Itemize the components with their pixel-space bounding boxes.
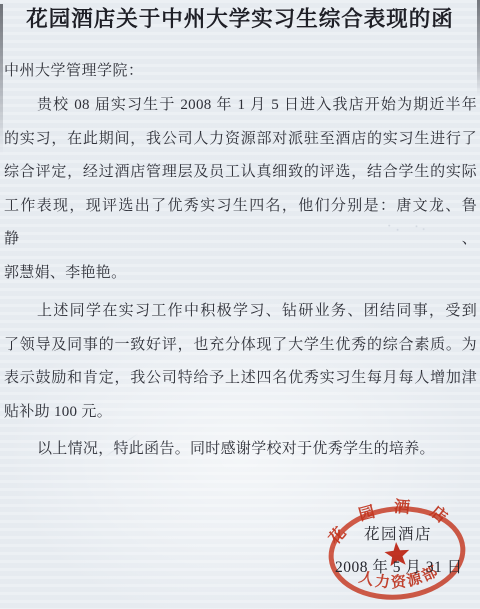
body-line: 贴补助 100 元。 — [4, 396, 477, 430]
body-line: 综合评定，经过酒店管理层及员工认真细致的评选，结合学生的实际 — [4, 156, 477, 190]
document-title: 花园酒店关于中州大学实习生综合表现的函 — [0, 4, 480, 34]
body-line: 上述同学在实习工作中积极学习、钻研业务、团结同事，受到 — [4, 295, 477, 329]
salutation: 中州大学管理学院： — [4, 53, 477, 89]
body-line: 以上情况，特此函告。同时感谢学校对于优秀学生的培养。 — [4, 433, 477, 467]
company-seal: 花园酒店 人力资源部 — [308, 490, 480, 609]
body-line: 了领导及同事的一致好评，也充分体现了大学生优秀的综合素质。为 — [4, 329, 477, 363]
signature-date: 2008 年 5 月 31 日 — [335, 555, 463, 577]
body-line: 的实习，在此期间，我公司人力资源部对派驻至酒店的实习生进行了 — [4, 123, 477, 157]
signature-company: 花园酒店 — [364, 522, 432, 544]
scan-smudge — [385, 220, 427, 234]
scanned-letter-page: 花园酒店关于中州大学实习生综合表现的函 中州大学管理学院： 贵校 08 届实习生… — [0, 0, 480, 609]
letter-body: 中州大学管理学院： 贵校 08 届实习生于 2008 年 1 月 5 日进入我店… — [4, 53, 477, 467]
body-line: 贵校 08 届实习生于 2008 年 1 月 5 日进入我店开始为期近半年 — [4, 89, 477, 123]
body-line: 郭慧娟、李艳艳。 — [4, 257, 477, 291]
body-line: 表示鼓励和肯定，我公司特给予上述四名优秀实习生每月每人增加津 — [4, 362, 477, 396]
